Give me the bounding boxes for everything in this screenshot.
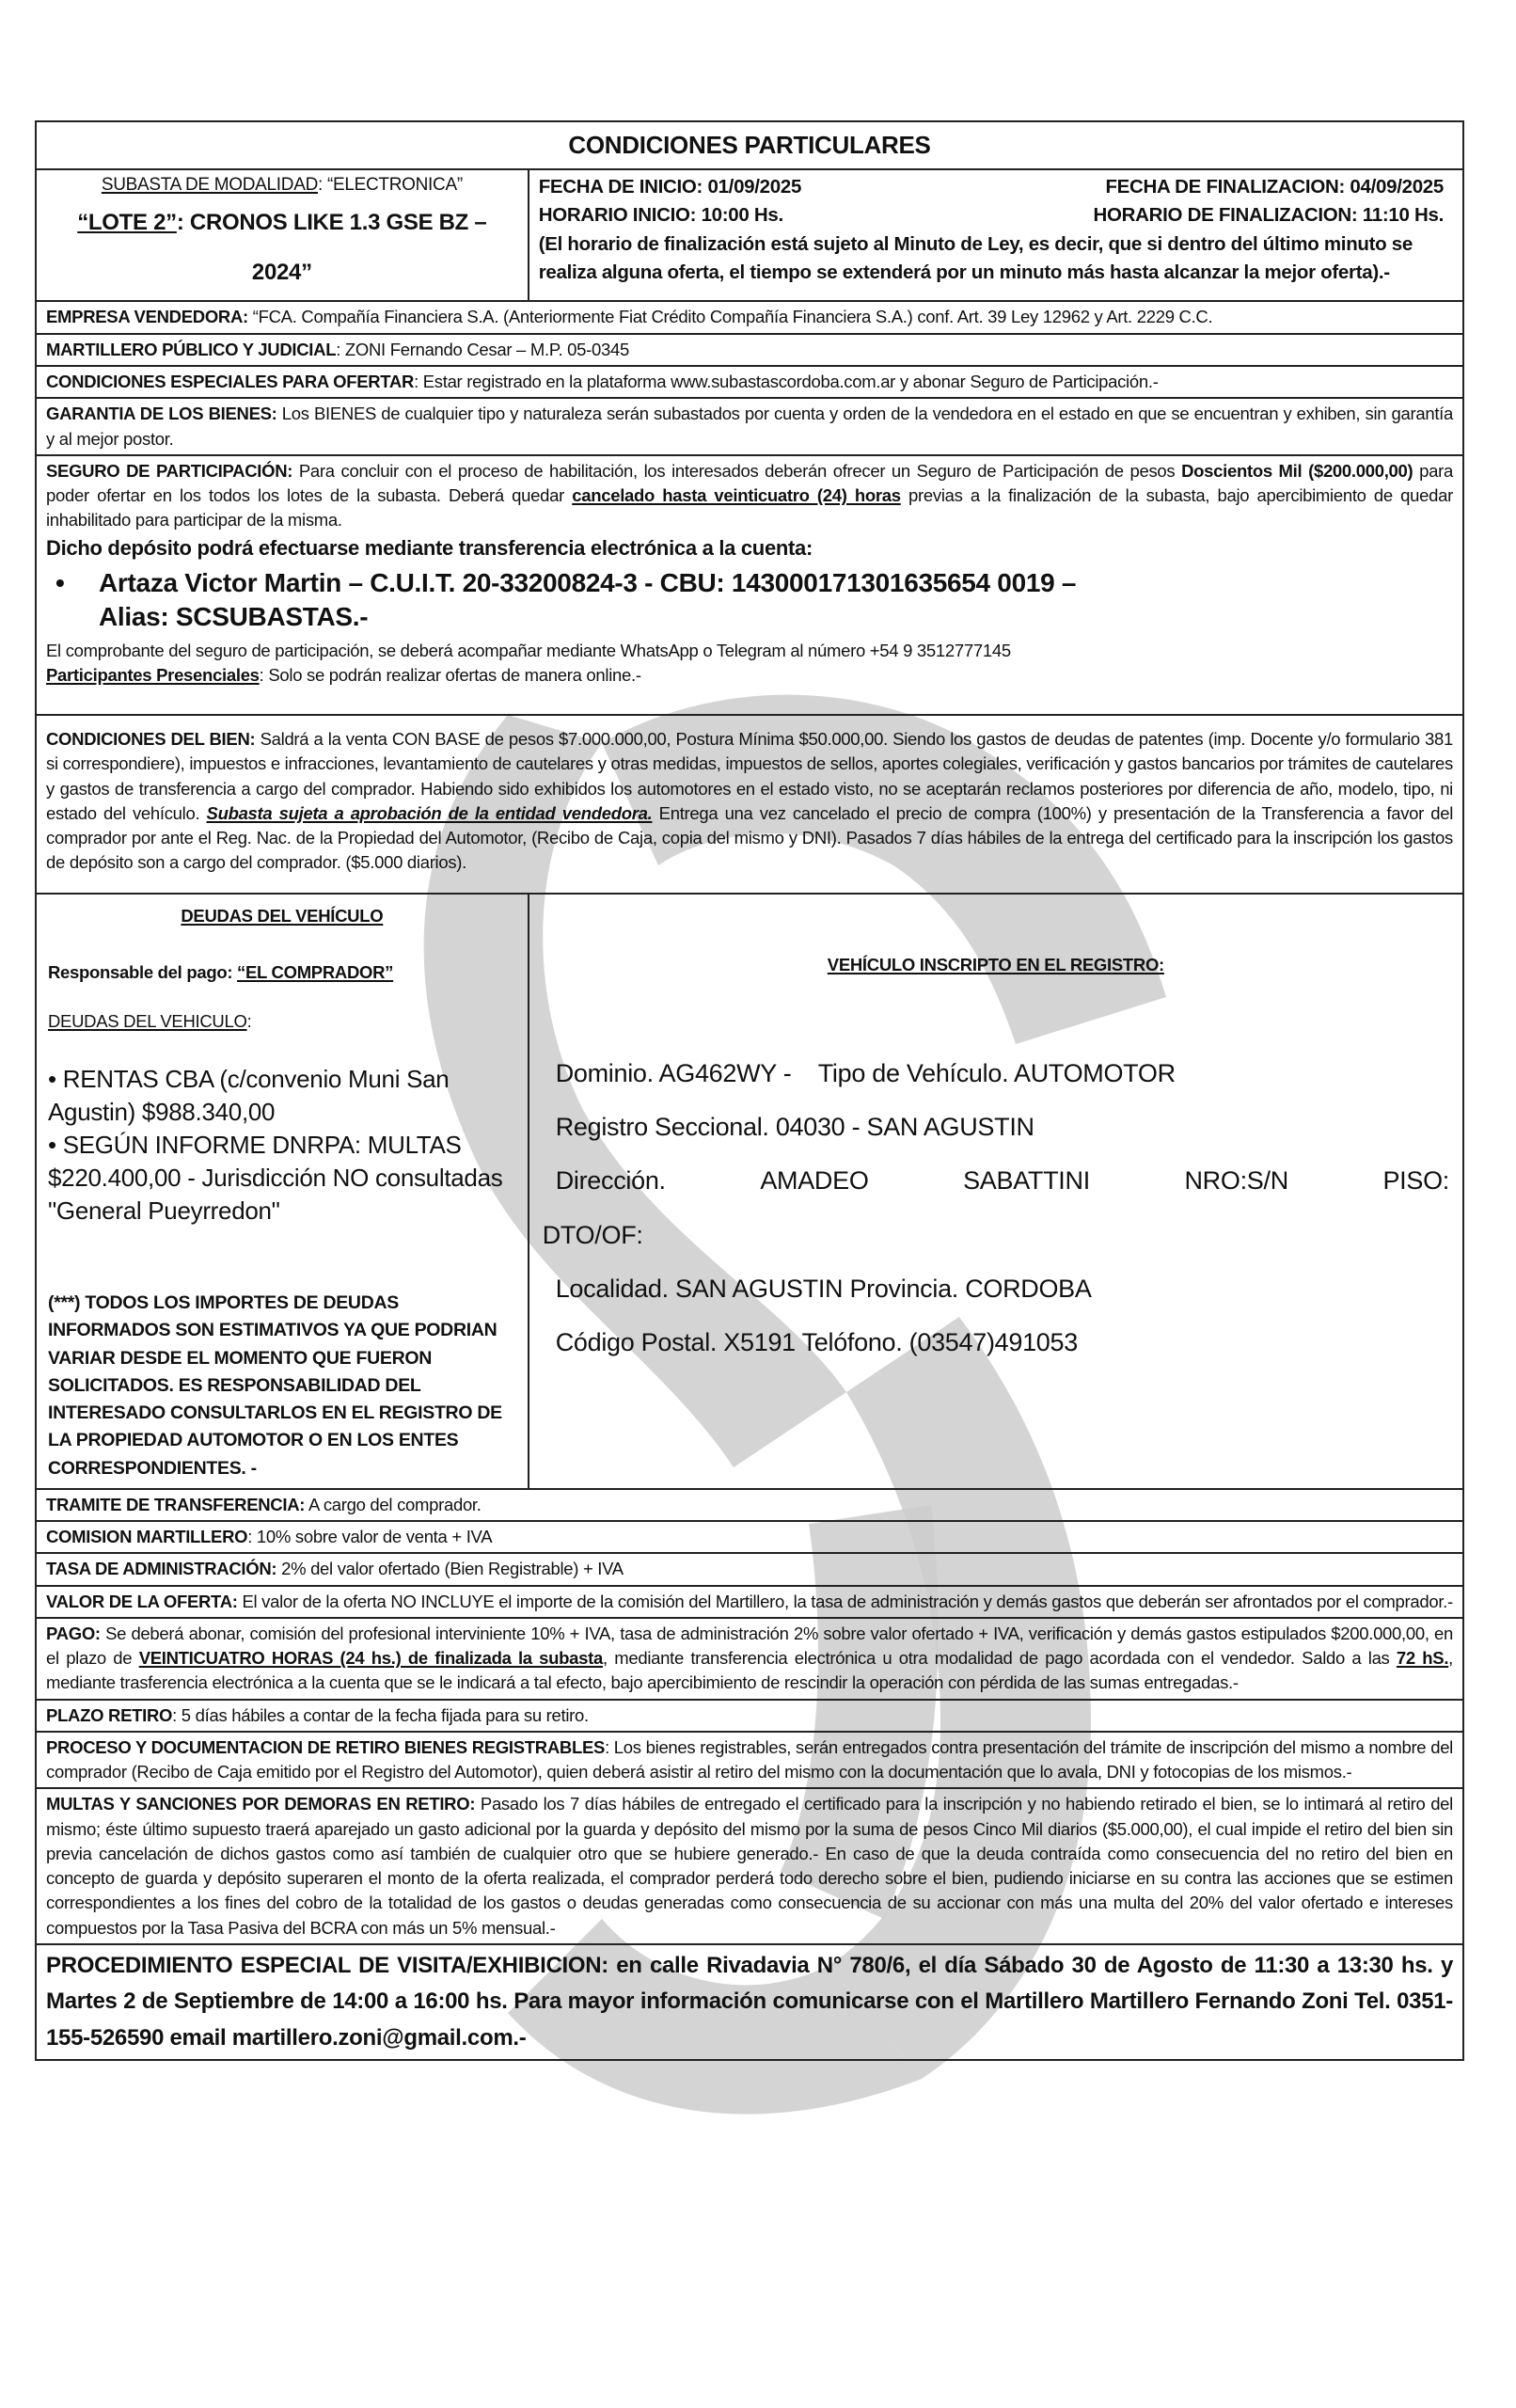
bidding-conditions-text: : Estar registrado en la plataforma www.… bbox=[414, 372, 1159, 391]
registry-address-cont: DTO/OF: bbox=[543, 1209, 1449, 1262]
payment-balance-term: 72 hS. bbox=[1397, 1648, 1448, 1668]
visit-procedure-row: PROCEDIMIENTO ESPECIAL DE VISITA/EXHIBIC… bbox=[36, 1944, 1463, 2060]
commission-text: : 10% sobre valor de venta + IVA bbox=[247, 1527, 492, 1546]
offer-value-text: El valor de la oferta NO INCLUYE el impo… bbox=[238, 1592, 1453, 1611]
guarantee-label: GARANTIA DE LOS BIENES: bbox=[46, 404, 277, 423]
pickup-term-row: PLAZO RETIRO: 5 días hábiles a contar de… bbox=[36, 1700, 1463, 1732]
lot-title: “LOTE 2”: CRONOS LIKE 1.3 GSE BZ – 2024” bbox=[46, 198, 518, 298]
guarantee-row: GARANTIA DE LOS BIENES: Los BIENES de cu… bbox=[36, 398, 1463, 455]
offer-value-label: VALOR DE LA OFERTA: bbox=[46, 1592, 238, 1611]
document-title: CONDICIONES PARTICULARES bbox=[36, 121, 1463, 169]
asset-conditions-row: CONDICIONES DEL BIEN: Saldrá a la venta … bbox=[36, 715, 1463, 894]
modality-value: : “ELECTRONICA” bbox=[318, 175, 463, 195]
payment-responsible-label: Responsable del pago: bbox=[48, 962, 237, 982]
penalties-label: MULTAS Y SANCIONES POR DEMORAS EN RETIRO… bbox=[46, 1794, 475, 1814]
title-row: CONDICIONES PARTICULARES bbox=[36, 121, 1463, 169]
in-person-text: : Solo se podrán realizar ofertas de man… bbox=[260, 665, 641, 685]
vehicle-registry-title: VEHÍCULO INSCRIPTO EN EL REGISTRO: bbox=[828, 955, 1164, 974]
payment-label: PAGO: bbox=[46, 1624, 101, 1643]
admin-fee-label: TASA DE ADMINISTRACIÓN: bbox=[46, 1559, 276, 1578]
lot-year: 2024” bbox=[252, 260, 312, 285]
modality-label: SUBASTA DE MODALIDAD bbox=[102, 175, 318, 195]
conditions-table: CONDICIONES PARTICULARES SUBASTA DE MODA… bbox=[35, 120, 1464, 2061]
in-person-label: Participantes Presenciales bbox=[46, 665, 260, 685]
dates-cell: FECHA DE INICIO: 01/09/2025FECHA DE FINA… bbox=[529, 169, 1463, 302]
lot-label: “LOTE 2” bbox=[77, 210, 177, 235]
debts-registry-row: DEUDAS DEL VEHÍCULO Responsable del pago… bbox=[36, 894, 1463, 1489]
asset-conditions-label: CONDICIONES DEL BIEN: bbox=[46, 729, 255, 749]
auctioneer-row: MARTILLERO PÚBLICO Y JUDICIAL: ZONI Fern… bbox=[36, 334, 1463, 366]
offer-value-row: VALOR DE LA OFERTA: El valor de la ofert… bbox=[36, 1586, 1463, 1618]
vehicle-debts-cell: DEUDAS DEL VEHÍCULO Responsable del pago… bbox=[36, 894, 529, 1489]
seller-row: EMPRESA VENDEDORA: “FCA. Compañía Financ… bbox=[36, 301, 1463, 333]
end-time: HORARIO DE FINALIZACION: 11:10 Hs. bbox=[1093, 201, 1453, 230]
visit-procedure-text: PROCEDIMIENTO ESPECIAL DE VISITA/EXHIBIC… bbox=[36, 1944, 1463, 2060]
auction-conditions-document: CONDICIONES PARTICULARES SUBASTA DE MODA… bbox=[35, 120, 1464, 2061]
address-word: PISO: bbox=[1382, 1154, 1449, 1208]
address-word: SABATTINI bbox=[963, 1154, 1090, 1208]
registry-address: Dirección. AMADEO SABATTINI NRO:S/N PISO… bbox=[543, 1154, 1449, 1208]
bank-account-line-1: Artaza Victor Martin – C.U.I.T. 20-33200… bbox=[99, 568, 1076, 597]
insurance-row: SEGURO DE PARTICIPACIÓN: Para concluir c… bbox=[36, 455, 1463, 715]
bank-account: • Artaza Victor Martin – C.U.I.T. 20-332… bbox=[46, 566, 1453, 635]
transfer-label: TRAMITE DE TRANSFERENCIA: bbox=[46, 1495, 305, 1514]
header-row: SUBASTA DE MODALIDAD: “ELECTRONICA” “LOT… bbox=[36, 169, 1463, 302]
transfer-text: A cargo del comprador. bbox=[305, 1495, 481, 1514]
seller-text: “FCA. Compañía Financiera S.A. (Anterior… bbox=[248, 307, 1212, 326]
commission-label: COMISION MARTILLERO bbox=[46, 1527, 247, 1546]
bank-account-alias: Alias: SCSUBASTAS.- bbox=[99, 602, 368, 631]
vehicle-debts-title: DEUDAS DEL VEHÍCULO bbox=[181, 906, 383, 926]
registry-postal: Código Postal. X5191 Telófono. (03547)49… bbox=[543, 1316, 1449, 1370]
pickup-term-text: : 5 días hábiles a contar de la fecha fi… bbox=[172, 1705, 589, 1725]
lot-name: : CRONOS LIKE 1.3 GSE BZ – bbox=[177, 210, 487, 235]
registry-office: Registro Seccional. 04030 - SAN AGUSTIN bbox=[543, 1101, 1449, 1154]
pickup-process-row: PROCESO Y DOCUMENTACION DE RETIRO BIENES… bbox=[36, 1732, 1463, 1789]
insurance-text: Para concluir con el proceso de habilita… bbox=[292, 461, 1181, 481]
insurance-amount: Doscientos Mil ($200.000,00) bbox=[1181, 461, 1413, 481]
penalties-text: Pasado los 7 días hábiles de entregado e… bbox=[46, 1794, 1453, 1937]
modality-line: SUBASTA DE MODALIDAD: “ELECTRONICA” bbox=[46, 173, 518, 198]
modality-cell: SUBASTA DE MODALIDAD: “ELECTRONICA” “LOT… bbox=[36, 169, 529, 302]
pickup-process-label: PROCESO Y DOCUMENTACION DE RETIRO BIENES… bbox=[46, 1737, 605, 1757]
insurance-label: SEGURO DE PARTICIPACIÓN: bbox=[46, 461, 292, 481]
vehicle-registry-cell: VEHÍCULO INSCRIPTO EN EL REGISTRO: Domin… bbox=[529, 894, 1463, 1489]
bidding-conditions-row: CONDICIONES ESPECIALES PARA OFERTAR: Est… bbox=[36, 366, 1463, 398]
registry-locality: Localidad. SAN AGUSTIN Provincia. CORDOB… bbox=[543, 1262, 1449, 1316]
payment-text-2: , mediante transferencia electrónica u o… bbox=[603, 1648, 1397, 1668]
start-date: FECHA DE INICIO: 01/09/2025 bbox=[539, 173, 801, 201]
registry-domain: Dominio. AG462WY - Tipo de Vehículo. AUT… bbox=[543, 1047, 1449, 1101]
debt-item: • SEGÚN INFORME DNRPA: MULTAS $220.400,0… bbox=[48, 1129, 516, 1228]
seller-approval-note: Subasta sujeta a aprobación de la entida… bbox=[207, 803, 653, 823]
address-word: Dirección. bbox=[556, 1154, 666, 1208]
closing-time-note: (El horario de finalización está sujeto … bbox=[539, 230, 1453, 288]
debt-item: • RENTAS CBA (c/convenio Muni San Agusti… bbox=[48, 1063, 516, 1129]
address-word: NRO:S/N bbox=[1184, 1154, 1287, 1208]
start-time: HORARIO INICIO: 10:00 Hs. bbox=[539, 201, 783, 230]
auctioneer-label: MARTILLERO PÚBLICO Y JUDICIAL bbox=[46, 340, 336, 359]
admin-fee-text: 2% del valor ofertado (Bien Registrable)… bbox=[276, 1559, 624, 1578]
deposit-heading: Dicho depósito podrá efectuarse mediante… bbox=[46, 533, 1453, 562]
bidding-conditions-label: CONDICIONES ESPECIALES PARA OFERTAR bbox=[46, 372, 414, 391]
debts-subtitle-colon: : bbox=[247, 1011, 252, 1031]
admin-fee-row: TASA DE ADMINISTRACIÓN: 2% del valor ofe… bbox=[36, 1553, 1463, 1585]
auctioneer-text: : ZONI Fernando Cesar – M.P. 05-0345 bbox=[336, 340, 629, 359]
transfer-row: TRAMITE DE TRANSFERENCIA: A cargo del co… bbox=[36, 1489, 1463, 1521]
seller-label: EMPRESA VENDEDORA: bbox=[46, 307, 248, 326]
debts-disclaimer: (***) TODOS LOS IMPORTES DE DEUDAS INFOR… bbox=[48, 1290, 516, 1482]
payment-responsible-value: “EL COMPRADOR” bbox=[237, 962, 393, 982]
payment-row: PAGO: Se deberá abonar, comisión del pro… bbox=[36, 1618, 1463, 1700]
penalties-row: MULTAS Y SANCIONES POR DEMORAS EN RETIRO… bbox=[36, 1788, 1463, 1944]
payment-deadline: VEINTICUATRO HORAS (24 hs.) de finalizad… bbox=[139, 1648, 603, 1668]
insurance-deadline: cancelado hasta veinticuatro (24) horas bbox=[572, 485, 901, 505]
bullet-icon: • bbox=[55, 566, 65, 600]
receipt-instructions: El comprobante del seguro de participaci… bbox=[46, 639, 1453, 663]
commission-row: COMISION MARTILLERO: 10% sobre valor de … bbox=[36, 1521, 1463, 1553]
pickup-term-label: PLAZO RETIRO bbox=[46, 1705, 172, 1725]
address-word: AMADEO bbox=[760, 1154, 868, 1208]
debts-subtitle: DEUDAS DEL VEHICULO bbox=[48, 1011, 247, 1031]
end-date: FECHA DE FINALIZACION: 04/09/2025 bbox=[1105, 173, 1453, 201]
